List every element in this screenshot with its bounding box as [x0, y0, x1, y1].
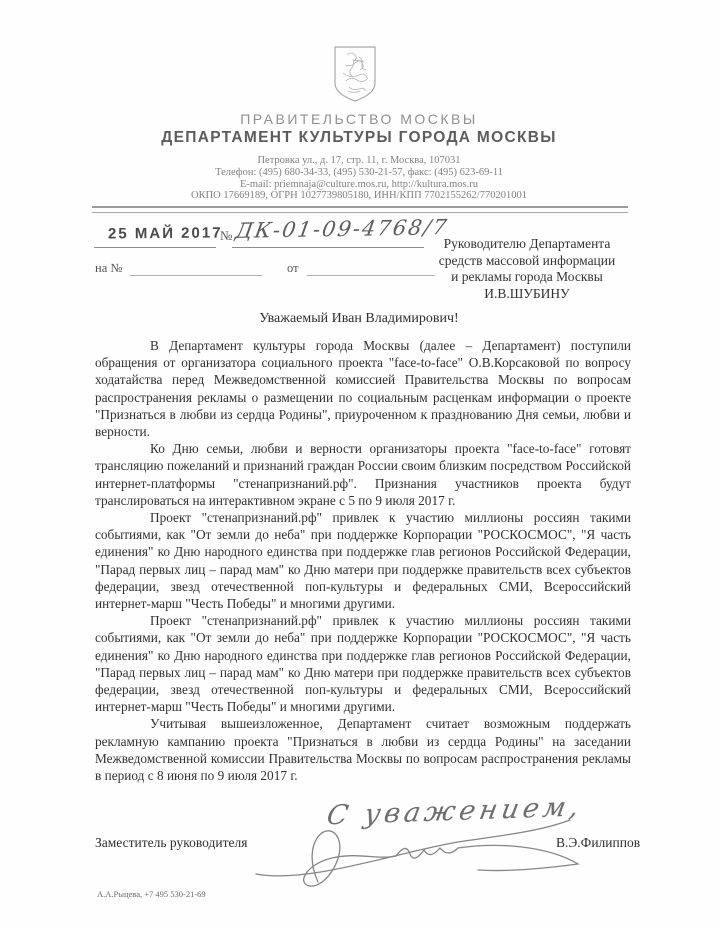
moscow-coat-of-arms-icon	[333, 45, 377, 103]
letterhead-contact-block: Петровка ул., д. 17, стр. 11, г. Москва,…	[0, 155, 718, 202]
number-sign-label: №	[220, 228, 232, 244]
header-divider-thick	[92, 206, 628, 208]
on-number-blank-line	[130, 275, 262, 276]
paragraph: Проект "стенапризнаний.рф" привлек к уча…	[95, 612, 631, 715]
email-line: E-mail: priemnaja@culture.mos.ru, http:/…	[0, 179, 718, 191]
recipient-line: Руководителю Департамента	[408, 236, 646, 253]
department-title: ДЕПАРТАМЕНТ КУЛЬТУРЫ ГОРОДА МОСКВЫ	[0, 129, 718, 147]
letter-body: В Департамент культуры города Москвы (да…	[95, 337, 631, 784]
phone-line: Телефон: (495) 680-34-33, (495) 530-21-5…	[0, 167, 718, 179]
signature-scrawl	[248, 812, 588, 892]
recipient-block: Руководителю Департамента средств массов…	[408, 236, 646, 302]
paragraph: Учитывая вышеизложенное, Департамент счи…	[95, 715, 631, 784]
reference-number-underline	[232, 247, 424, 248]
government-title: ПРАВИТЕЛЬСТВО МОСКВЫ	[0, 111, 718, 127]
recipient-line: и рекламы города Москвы	[408, 269, 646, 286]
scanned-letter-page: ПРАВИТЕЛЬСТВО МОСКВЫ ДЕПАРТАМЕНТ КУЛЬТУР…	[0, 0, 718, 929]
salutation: Уважаемый Иван Владимирович!	[0, 311, 718, 327]
header-divider-thin	[92, 212, 628, 213]
date-stamp: 25 МАЙ 2017	[108, 225, 223, 243]
registry-line: ОКПО 17669189, ОГРН 1027739805180, ИНН/К…	[0, 190, 718, 202]
recipient-name: И.В.ШУБИНУ	[408, 286, 646, 303]
address-line: Петровка ул., д. 17, стр. 11, г. Москва,…	[0, 155, 718, 167]
paragraph: Проект "стенапризнаний.рф" привлек к уча…	[95, 509, 631, 612]
executor-contact: А.А.Рыцева, +7 495 530-21-69	[97, 889, 206, 899]
from-label: от	[287, 261, 299, 276]
paragraph: Ко Дню семьи, любви и верности организат…	[95, 440, 631, 509]
recipient-line: средств массовой информации	[408, 253, 646, 270]
signer-position: Заместитель руководителя	[95, 835, 247, 851]
date-underline	[94, 247, 216, 248]
paragraph: В Департамент культуры города Москвы (да…	[95, 337, 631, 440]
on-number-label: на №	[95, 261, 122, 276]
signer-name: В.Э.Филиппов	[556, 835, 640, 851]
